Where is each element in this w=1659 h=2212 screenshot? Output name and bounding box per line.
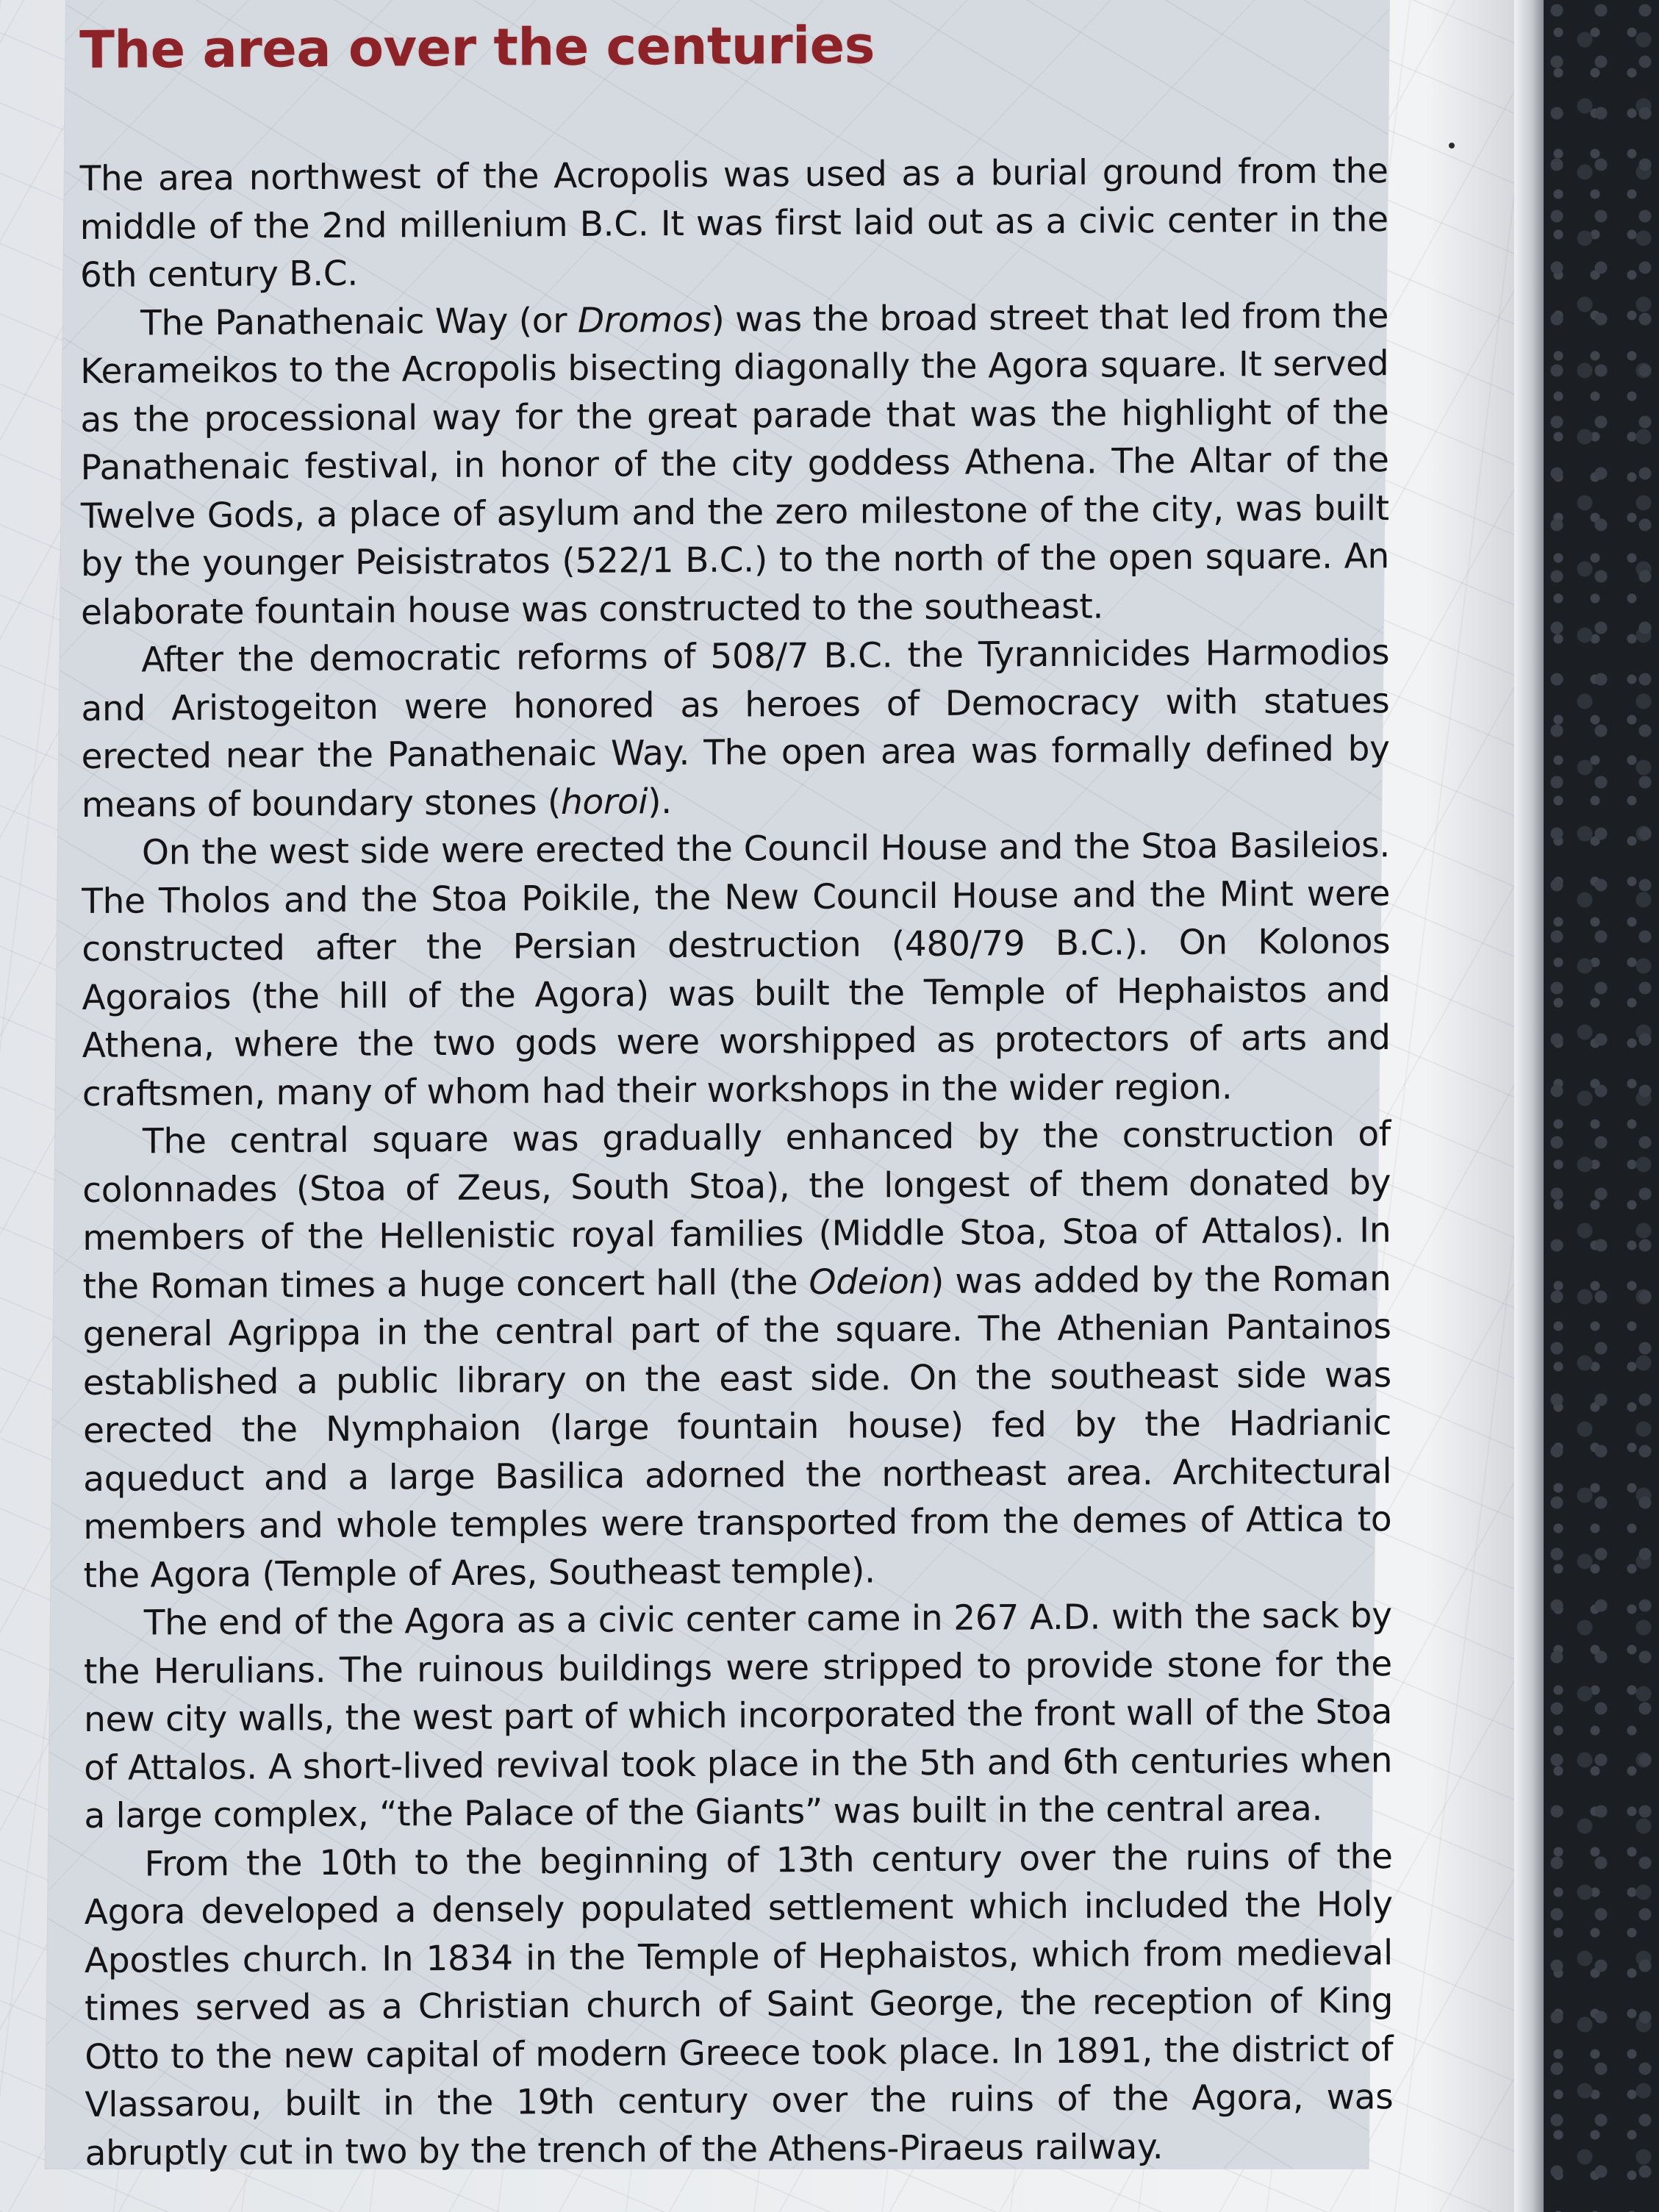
board-edge-shadow bbox=[1514, 0, 1547, 2212]
paragraph-text: ) was the broad street that led from the… bbox=[80, 296, 1389, 633]
paragraph-origins: The area northwest of the Acropolis was … bbox=[80, 147, 1389, 299]
paragraph-west-side: On the west side were erected the Counci… bbox=[82, 821, 1391, 1118]
paragraph-text: ). bbox=[648, 781, 672, 822]
paragraph-text: On the west side were erected the Counci… bbox=[82, 825, 1391, 1114]
sign-title: The area over the centuries bbox=[79, 7, 1388, 85]
surface-fleck bbox=[1449, 143, 1455, 148]
paragraph-text: The end of the Agora as a civic center c… bbox=[84, 1595, 1392, 1836]
paragraph-end-of-agora: The end of the Agora as a civic center c… bbox=[84, 1592, 1393, 1840]
sign-content: The area over the centuries The area nor… bbox=[79, 7, 1394, 2177]
italic-term-horoi: horoi bbox=[561, 781, 648, 823]
italic-term-odeion: Odeion bbox=[809, 1261, 931, 1302]
paragraph-central-square: The central square was gradually enhance… bbox=[82, 1110, 1392, 1600]
granite-wall bbox=[1544, 0, 1659, 2212]
paragraph-text: After the democratic reforms of 508/7 B.… bbox=[81, 632, 1389, 825]
paragraph-panathenaic-way: The Panathenaic Way (or Dromos) was the … bbox=[80, 292, 1389, 637]
paragraph-democratic-reforms: After the democratic reforms of 508/7 B.… bbox=[81, 629, 1390, 829]
paragraph-text: The area northwest of the Acropolis was … bbox=[80, 151, 1389, 296]
paragraph-text: ) was added by the Roman general Agrippa… bbox=[83, 1259, 1392, 1596]
paragraph-text: The Panathenaic Way (or bbox=[140, 300, 578, 343]
italic-term-dromos: Dromos bbox=[578, 299, 712, 340]
paragraph-medieval-modern: From the 10th to the beginning of 13th c… bbox=[85, 1833, 1394, 2177]
paragraph-text: From the 10th to the beginning of 13th c… bbox=[85, 1836, 1394, 2174]
